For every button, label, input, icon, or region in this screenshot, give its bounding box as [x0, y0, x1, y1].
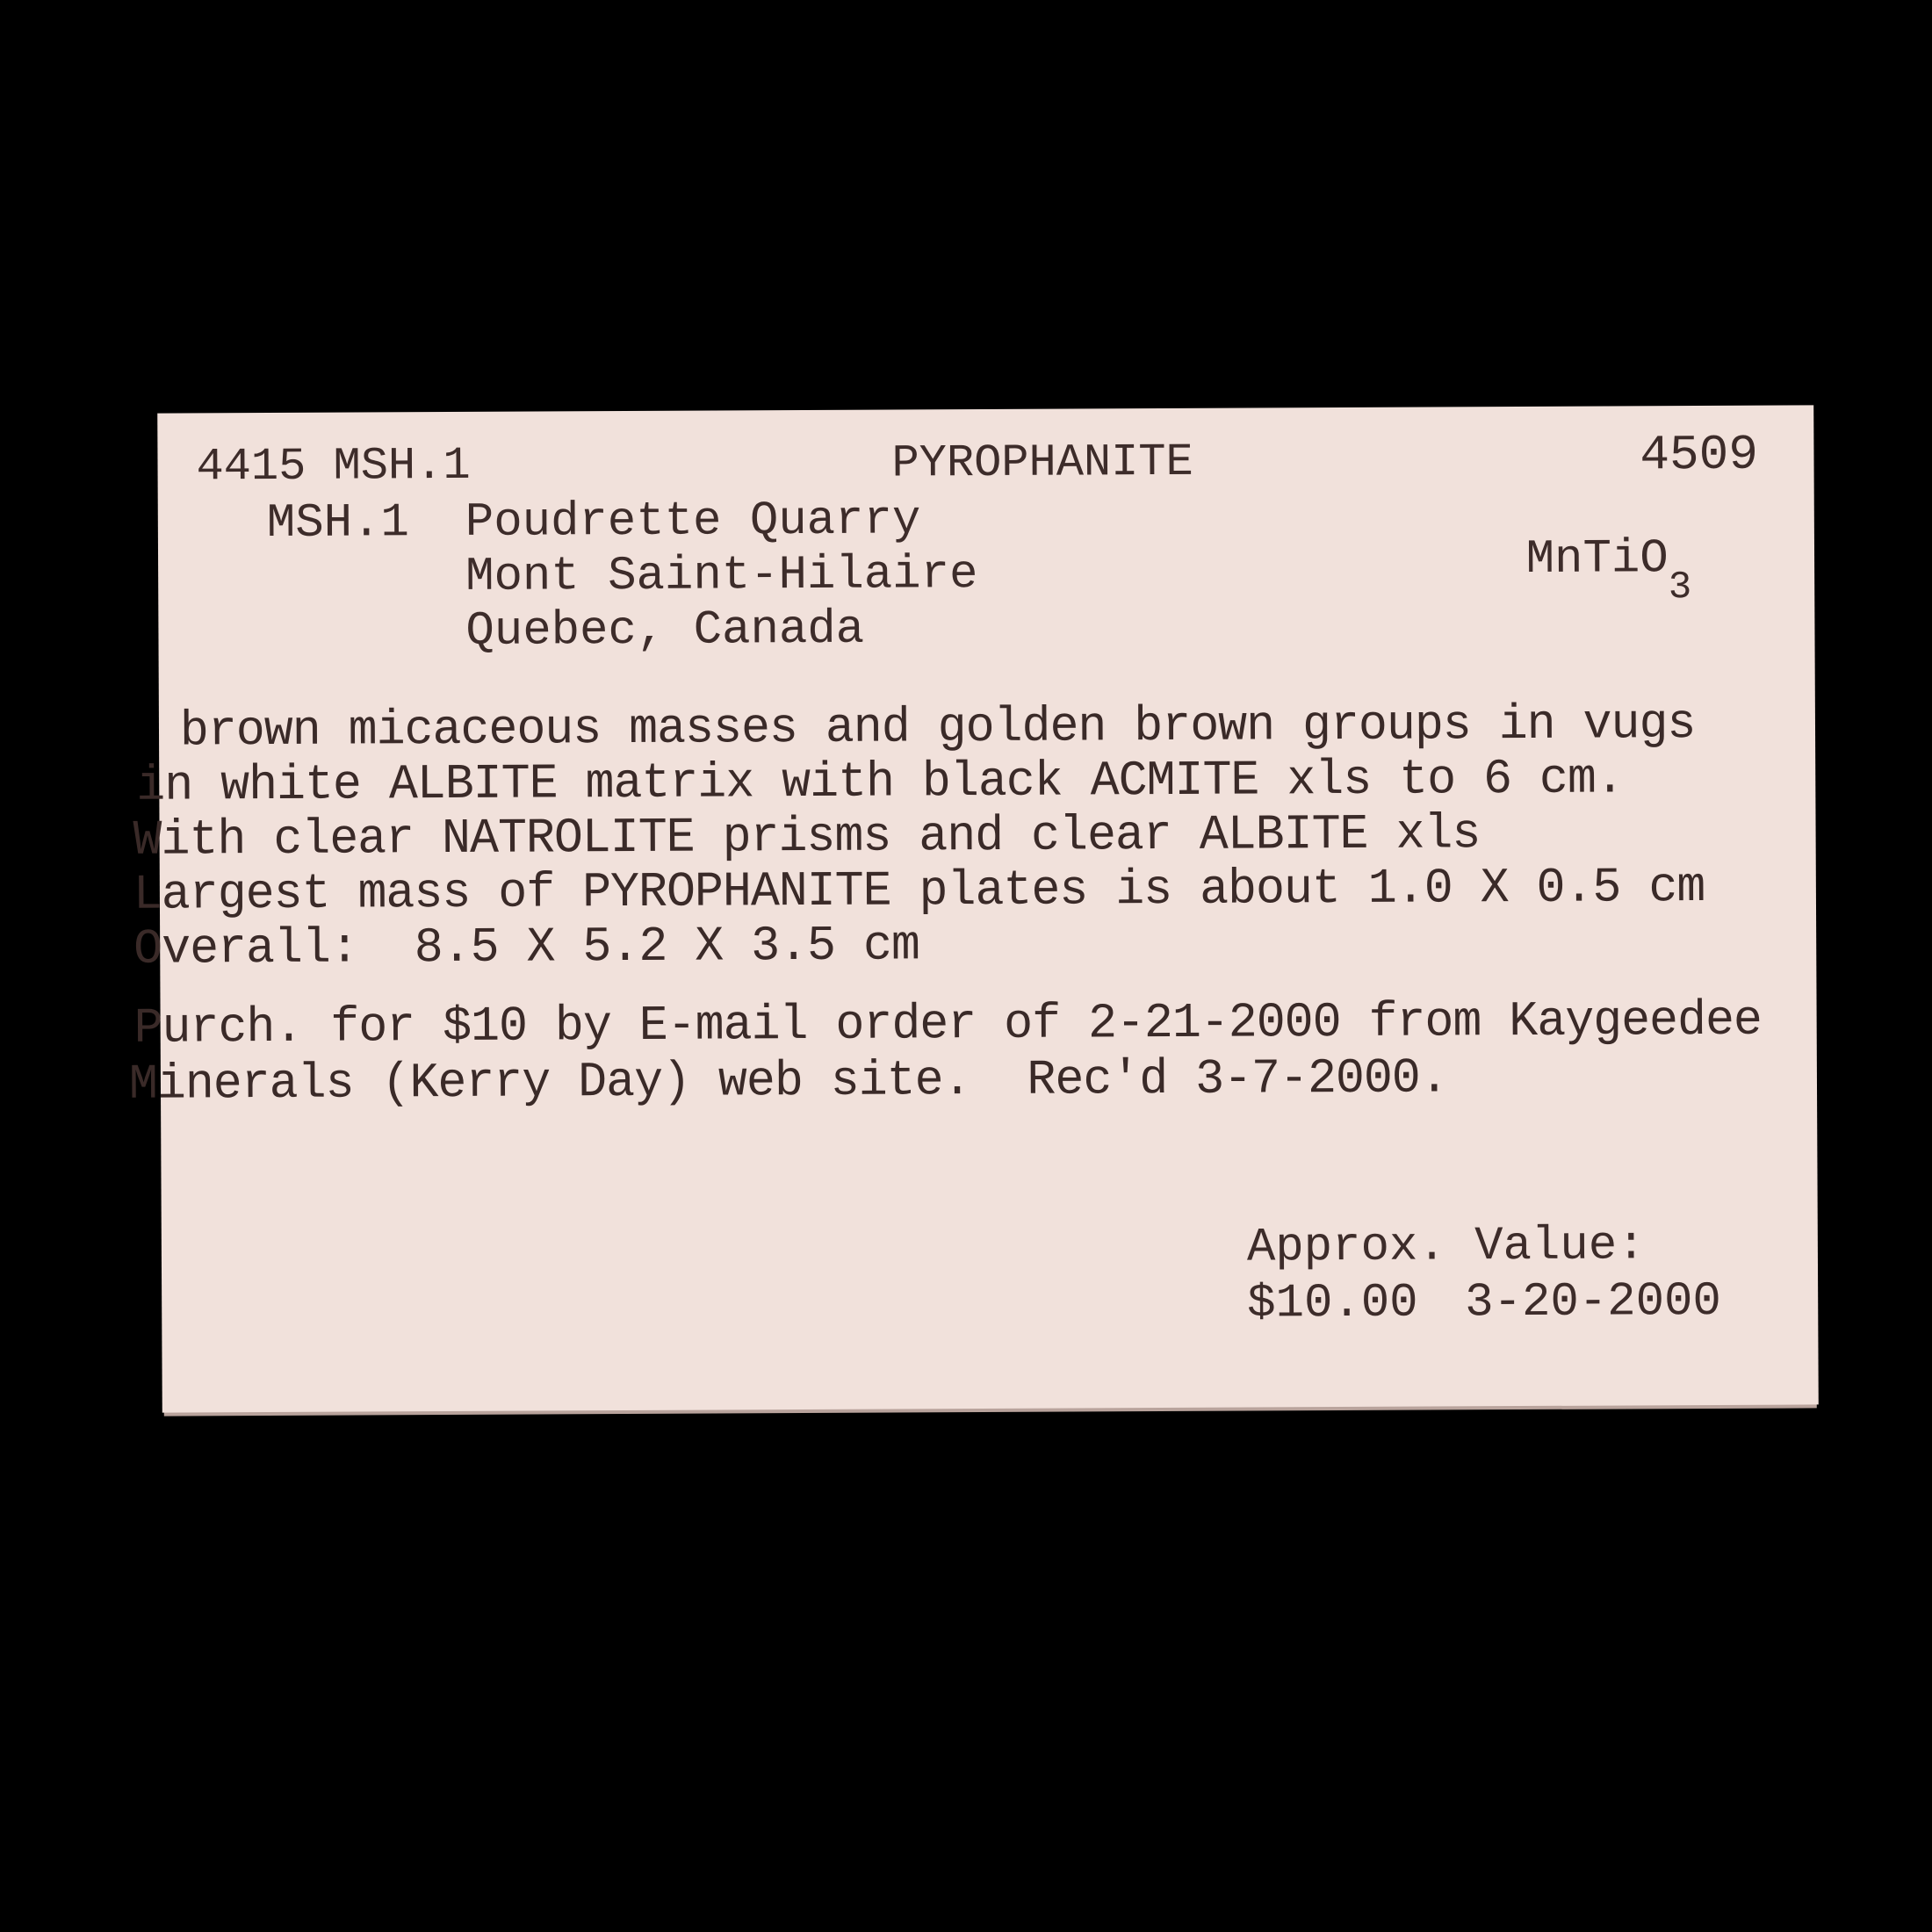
mineral-name: PYROPHANITE — [891, 440, 1193, 487]
valuation-amount: $10.00 — [1247, 1280, 1418, 1329]
purchase-line-2: Minerals (Kerry Day) web site. Rec'd 3-7… — [129, 1053, 1448, 1108]
purchase-line-1: Purch. for $10 by E-mail order of 2-21-2… — [134, 996, 1763, 1053]
locality-line-3: Quebec, Canada — [465, 607, 864, 656]
valuation-date: 3-20-2000 — [1465, 1279, 1721, 1327]
description-line-4: Largest mass of PYROPHANITE plates is ab… — [133, 862, 1705, 919]
catalog-reference: 4415 MSH.1 — [196, 443, 470, 491]
specimen-label-card: 4415 MSH.1 PYROPHANITE 4509 MSH.1 Poudre… — [157, 405, 1819, 1412]
locality-code: MSH.1 — [267, 500, 409, 548]
description-line-5: Overall: 8.5 X 5.2 X 3.5 cm — [133, 920, 919, 973]
locality-line-2: Mont Saint-Hilaire — [465, 551, 978, 602]
description-line-2: in white ALBITE matrix with black ACMITE… — [136, 753, 1624, 810]
chemical-formula: MnTiO3 — [1412, 488, 1692, 632]
description-line-1: brown micaceous masses and golden brown … — [152, 699, 1696, 756]
description-line-3: With clear NATROLITE prisms and clear AL… — [133, 809, 1480, 864]
specimen-number: 4509 — [1640, 430, 1758, 480]
formula-base: MnTiO — [1526, 532, 1669, 587]
formula-subscript: 3 — [1669, 566, 1692, 609]
valuation-label: Approx. Value: — [1247, 1222, 1646, 1272]
locality-line-1: Poudrette Quarry — [465, 497, 921, 547]
